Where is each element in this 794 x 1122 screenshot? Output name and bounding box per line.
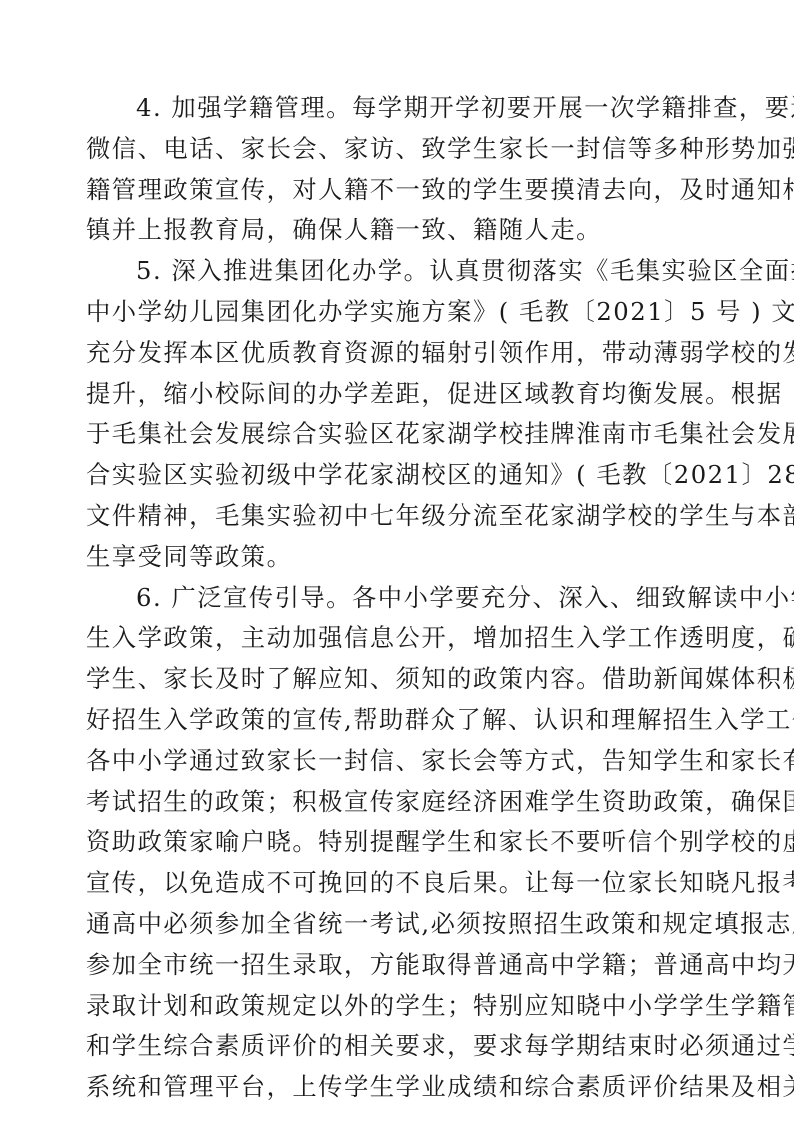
text-line: 生入学政策，主动加强信息公开，增加招生入学工作透明度，确保 — [86, 618, 708, 659]
text-line: 合实验区实验初级中学花家湖校区的通知》( 毛教〔2021〕28 号 ) — [86, 455, 708, 496]
text-line: 5. 深入推进集团化办学。认真贯彻落实《毛集实验区全面推进 — [86, 251, 708, 292]
text-line: 中小学幼儿园集团化办学实施方案》( 毛教〔2021〕5 号 ) 文件精神， — [86, 292, 708, 333]
text-line: 通高中必须参加全省统一考试,必须按照招生政策和规定填报志愿、 — [86, 904, 708, 945]
text-line: 宣传，以免造成不可挽回的不良后果。让每一位家长知晓凡报考普 — [86, 863, 708, 904]
text-line: 录取计划和政策规定以外的学生；特别应知晓中小学学生学籍管理 — [86, 986, 708, 1027]
text-line: 系统和管理平台，上传学生学业成绩和综合素质评价结果及相关实 — [86, 1067, 708, 1108]
text-line: 镇并上报教育局，确保人籍一致、籍随人走。 — [86, 210, 708, 251]
text-line: 4. 加强学籍管理。每学期开学初要开展一次学籍排查，要通过 — [86, 88, 708, 129]
text-line: 微信、电话、家长会、家访、致学生家长一封信等多种形势加强学 — [86, 129, 708, 170]
text-line: 各中小学通过致家长一封信、家长会等方式，告知学生和家长有关 — [86, 741, 708, 782]
text-line: 提升，缩小校际间的办学差距，促进区域教育均衡发展。根据《关 — [86, 374, 708, 415]
paragraph-4-enrollment-management: 4. 加强学籍管理。每学期开学初要开展一次学籍排查，要通过 微信、电话、家长会、… — [86, 88, 708, 251]
text-line: 资助政策家喻户晓。特别提醒学生和家长不要听信个别学校的虚假 — [86, 822, 708, 863]
text-line: 充分发挥本区优质教育资源的辐射引领作用，带动薄弱学校的发展 — [86, 333, 708, 374]
text-line: 文件精神，毛集实验初中七年级分流至花家湖学校的学生与本部学 — [86, 496, 708, 537]
text-line: 6. 广泛宣传引导。各中小学要充分、深入、细致解读中小学招 — [86, 578, 708, 619]
document-page: 4. 加强学籍管理。每学期开学初要开展一次学籍排查，要通过 微信、电话、家长会、… — [86, 88, 708, 1108]
text-line: 于毛集社会发展综合实验区花家湖学校挂牌淮南市毛集社会发展综 — [86, 414, 708, 455]
paragraph-5-group-schooling: 5. 深入推进集团化办学。认真贯彻落实《毛集实验区全面推进 中小学幼儿园集团化办… — [86, 251, 708, 577]
text-line: 学生、家长及时了解应知、须知的政策内容。借助新闻媒体积极做 — [86, 659, 708, 700]
paragraph-6-publicity-guidance: 6. 广泛宣传引导。各中小学要充分、深入、细致解读中小学招 生入学政策，主动加强… — [86, 578, 708, 1108]
text-line: 考试招生的政策；积极宣传家庭经济困难学生资助政策，确保国家 — [86, 782, 708, 823]
text-line: 参加全市统一招生录取，方能取得普通高中学籍；普通高中均无权 — [86, 945, 708, 986]
text-line: 好招生入学政策的宣传,帮助群众了解、认识和理解招生入学工作。 — [86, 700, 708, 741]
text-line: 籍管理政策宣传，对人籍不一致的学生要摸清去向，及时通知村、 — [86, 170, 708, 211]
text-line: 和学生综合素质评价的相关要求，要求每学期结束时必须通过学籍 — [86, 1026, 708, 1067]
text-line: 生享受同等政策。 — [86, 537, 708, 578]
